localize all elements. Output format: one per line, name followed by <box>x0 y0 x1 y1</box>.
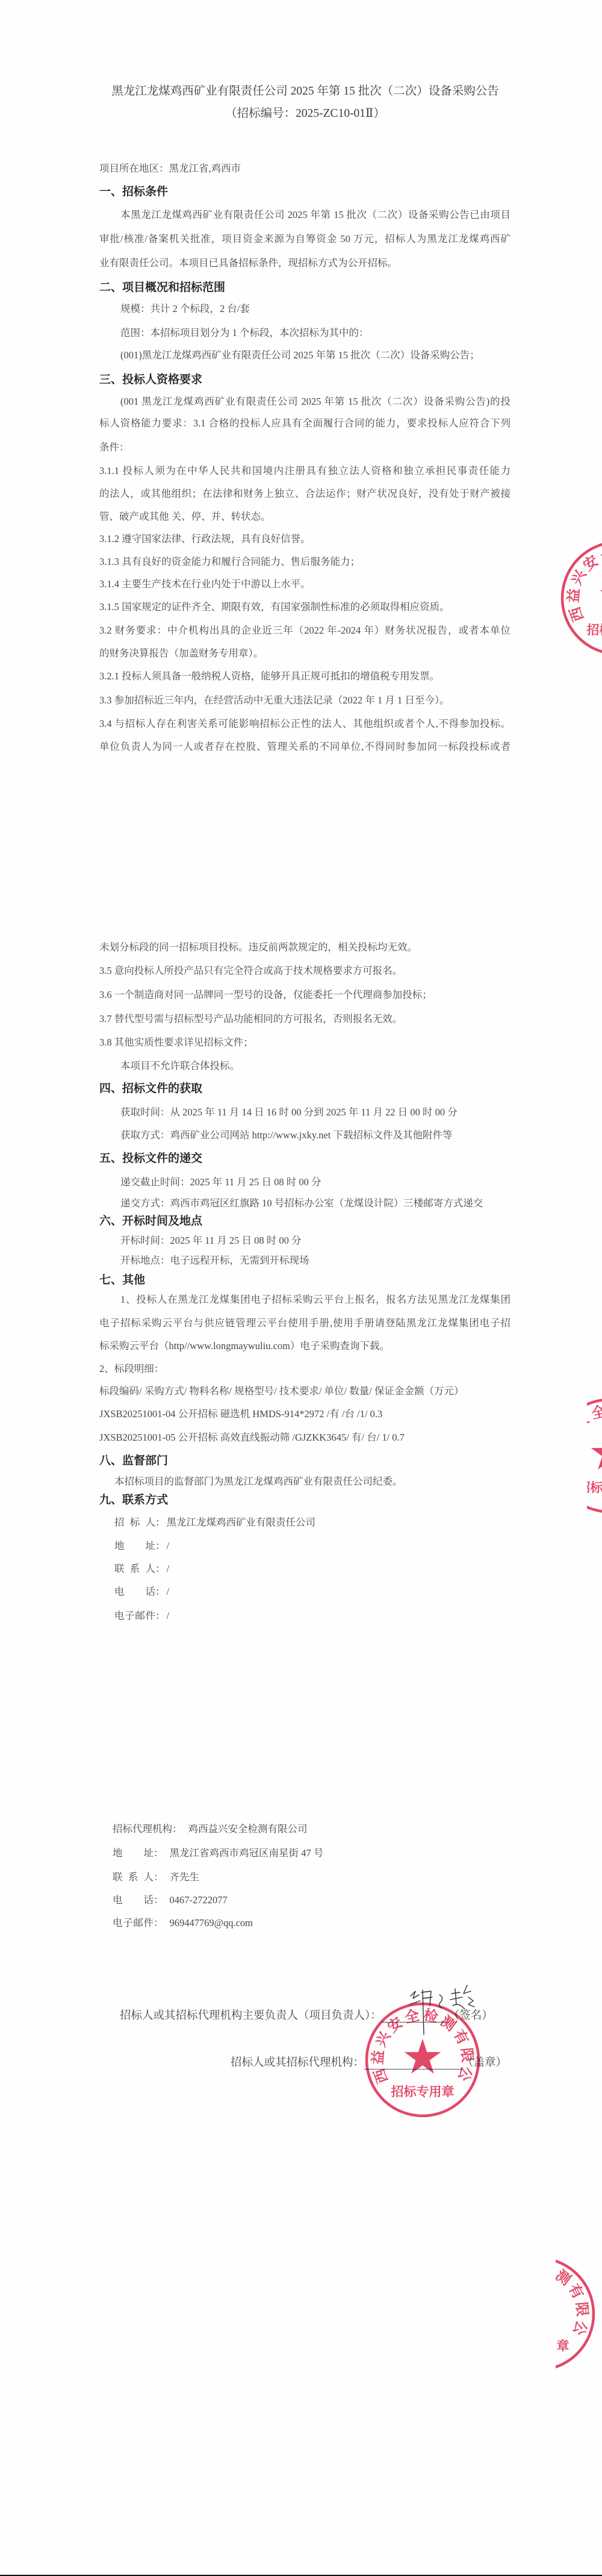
document-page: 黑龙江龙煤鸡西矿业有限责任公司 2025 年第 15 批次（二次）设备采购公告 … <box>0 0 602 2576</box>
contact-label: 地址 <box>113 1847 154 1860</box>
project-region: 项目所在地区：黑龙江省,鸡西市 <box>99 162 241 175</box>
paragraph-line: 审批/核准/备案机关批准，项目资金来源为自筹资金 50 万元，招标人为黑龙江龙煤… <box>99 232 510 246</box>
contact-colon: ： <box>155 1586 166 1597</box>
qualification-line: 3.1.3 具有良好的资金能力和履行合同能力、售后服务能力； <box>99 555 360 569</box>
lots-title: 2、标段明细： <box>99 1362 164 1376</box>
section-heading-obtain-documents: 四、招标文件的获取 <box>99 1082 202 1095</box>
seal-center-text: 招标专用章 <box>587 623 602 637</box>
star-icon <box>591 1435 602 1470</box>
contact-colon: ： <box>172 1823 182 1835</box>
lot-row: JXSB20251001-05 公开招标 高效直线振动筛 /GJZKK3645/… <box>99 1431 405 1444</box>
seal-center-text: 招标专用章 <box>556 2339 569 2353</box>
other-line: 电子招标采购云平台与供应链管理云平台使用手册,使用手册请登陆黑龙江龙煤集团电子招 <box>99 1317 510 1330</box>
qualification-line: 3.1.4 主要生产技术在行业内处于中游以上水平。 <box>99 578 311 591</box>
submission-deadline: 递交截止时间：2025 年 11 月 25 日 08 时 00 分 <box>120 1176 321 1189</box>
star-icon <box>405 2039 441 2074</box>
qualification-line: 标人资格能力要求：3.1 合格的投标人应具有全面履行合同的能力，要求投标人应符合… <box>99 417 510 430</box>
opening-place: 开标地点：电子远程开标，无需到开标现场 <box>120 1254 309 1267</box>
seal-label: 招标人或其招标代理机构： <box>231 2057 364 2069</box>
qualification-line: 3.1.1 投标人须为在中华人民共和国境内注册具有独立法人资格和独立承担民事责任… <box>99 464 510 478</box>
seal-ring-text: 鸡西益兴安全检测有限公司 <box>549 525 602 624</box>
qualification-line: 管、破产或其他 关、停、并、转状态。 <box>99 510 271 523</box>
principal-signature-label: 招标人或其招标代理机构主要负责人（项目负责人）： <box>120 2010 382 2022</box>
qualification-line: 3.5 意向投标人所投产品只有完全符合或高于技术规格要求方可报名。 <box>99 964 402 978</box>
star-icon <box>600 577 602 612</box>
contact-colon: ： <box>154 1917 164 1929</box>
agency-contact-row: 联系人：齐先生 <box>113 1871 199 1884</box>
paragraph-line: 本黑龙江龙煤鸡西矿业有限责任公司 2025 年第 15 批次（二次）设备采购公告… <box>120 208 510 222</box>
submission-method: 递交方式：鸡西市鸡冠区红旗路 10 号招标办公室（龙煤设计院）三楼邮寄方式递交 <box>120 1197 483 1210</box>
contact-colon: ： <box>154 1894 164 1906</box>
contact-value: 黑龙江省鸡西市鸡冠区南星街 47 号 <box>170 1847 324 1859</box>
qualification-line: 3.3 参加招标近三年内，在经营活动中无重大违法记录（2022 年 1 月 1 … <box>99 694 450 707</box>
contact-label: 电子邮件 <box>113 1916 154 1930</box>
document-title: 黑龙江龙煤鸡西矿业有限责任公司 2025 年第 15 批次（二次）设备采购公告 <box>0 85 602 98</box>
project-scale: 规模：共计 2 个标段，2 台/套 <box>120 302 250 316</box>
seam-seal-slice: 鸡西益兴安全检测有限公司 招标专用章 <box>587 1391 602 1518</box>
contact-colon: ： <box>155 1517 166 1528</box>
contact-value: / <box>167 1563 170 1574</box>
section-heading-bidding-conditions: 一、招标条件 <box>99 185 168 198</box>
contact-value: / <box>167 1540 170 1552</box>
seal-center-text: 招标专用章 <box>391 2085 455 2099</box>
qualification-line: 3.2 财务要求：中介机构出具的企业近三年（2022 年-2024 年）财务状况… <box>99 624 510 637</box>
qualification-line: 3.6 一个制造商对同一品牌同一型号的设备，仅能委托一个代理商参加投标； <box>99 988 432 1002</box>
contact-label: 招标代理机构 <box>113 1823 172 1835</box>
seam-seal-slice: 鸡西益兴安全检测有限公司 招标专用章 <box>558 538 602 658</box>
contact-value: 黑龙江龙煤鸡西矿业有限责任公司 <box>167 1517 316 1528</box>
project-lot: (001)黑龙江龙煤鸡西矿业有限责任公司 2025 年第 15 批次（二次）设备… <box>120 349 480 362</box>
contact-colon: ： <box>154 1871 164 1883</box>
other-line: 1、投标人在黑龙江龙煤集团电子招标采购云平台上报名，报名方法见黑龙江龙煤集团 <box>120 1293 510 1306</box>
lots-header-row: 标段编码/ 采购方式/ 物料名称/ 规格型号/ 技术要求/ 单位/ 数量/ 保证… <box>99 1385 464 1398</box>
tenderer-contact-row: 联系人：/ <box>114 1562 169 1576</box>
paragraph-line: 业有限责任公司。本项目已具备招标条件，现招标方式为公开招标。 <box>99 257 397 270</box>
seal-center-text: 招标专用章 <box>587 1480 602 1495</box>
qualification-line: 的财务决算报告（加盖财务专用章）。 <box>99 647 263 660</box>
contact-label: 地址 <box>114 1539 155 1553</box>
section-heading-supervision: 八、监督部门 <box>99 1454 168 1467</box>
opening-time: 开标时间：2025 年 11 月 25 日 08 时 00 分 <box>120 1234 302 1247</box>
other-line: 标采购云平台（http//www.longmaywuliu.com）电子采购查询… <box>99 1339 389 1353</box>
agency-contact-row: 电子邮件：969447769@qq.com <box>113 1916 253 1930</box>
contact-label: 招标人 <box>114 1516 155 1529</box>
section-heading-contact: 九、联系方式 <box>99 1493 168 1506</box>
project-scope: 范围：本招标项目划分为 1 个标段，本次招标为其中的： <box>120 326 369 340</box>
contact-colon: ： <box>155 1610 166 1621</box>
qualification-line: 单位负责人为同一人或者存在控股、管理关系的不同单位,不得同时参加同一标段投标或者 <box>99 740 510 753</box>
supervision-body: 本招标项目的监督部门为黑龙江龙煤鸡西矿业有限责任公司纪委。 <box>114 1475 403 1488</box>
tenderer-contact-row: 地址：/ <box>114 1539 169 1553</box>
seam-seal-slice: 鸡西益兴安全检测有限公司 招标专用章 <box>556 2253 602 2376</box>
tenderer-contact-row: 电话：/ <box>114 1585 169 1598</box>
contact-colon: ： <box>155 1540 166 1552</box>
contact-value: 鸡西益兴安全检测有限公司 <box>188 1823 308 1835</box>
seal-ring-text-path: 鸡西益兴安全检测有限公司 <box>549 525 602 624</box>
agency-contact-row: 地址：黑龙江省鸡西市鸡冠区南星街 47 号 <box>113 1847 323 1860</box>
qualification-line: 的法人，或其他组织；在法律和财务上独立、合法运作；财产状况良好，没有处于财产被接 <box>99 487 510 501</box>
agency-contact-row: 招标代理机构：鸡西益兴安全检测有限公司 <box>113 1823 308 1836</box>
contact-value: 969447769@qq.com <box>170 1917 253 1929</box>
obtain-time: 获取时间：从 2025 年 11 月 14 日 16 时 00 分到 2025 … <box>120 1106 458 1119</box>
qualification-line: 条件： <box>99 441 129 454</box>
bid-number: （招标编号：2025-ZC10-01Ⅱ） <box>0 107 602 120</box>
qualification-line: 3.1.5 国家规定的证件齐全、期限有效，有国家强制性标准的必须取得相应资质。 <box>99 600 450 614</box>
contact-label: 电话 <box>114 1585 155 1598</box>
seal-ring-text-path: 鸡西益兴安全检测有限公司 <box>587 1396 602 1482</box>
contact-value: 0467-2722077 <box>170 1894 228 1906</box>
contact-colon: ： <box>154 1847 164 1859</box>
contact-value: 齐先生 <box>170 1871 200 1883</box>
contact-label: 电话 <box>113 1894 154 1907</box>
consortium-note: 本项目不允许联合体投标。 <box>120 1059 240 1073</box>
seal-ring-text-path: 鸡西益兴安全检测有限公司 <box>556 2254 591 2340</box>
seal-ring-text: 鸡西益兴安全检测有限公司 <box>587 1396 602 1482</box>
qualification-line: 3.8 其他实质性要求详见招标文件； <box>99 1036 253 1049</box>
qualification-line: (001 黑龙江龙煤鸡西矿业有限责任公司 2025 年第 15 批次（二次）设备… <box>120 395 510 408</box>
section-heading-project-overview: 二、项目概况和招标范围 <box>99 281 225 294</box>
contact-label: 联系人 <box>114 1562 155 1576</box>
section-heading-bid-opening: 六、开标时间及地点 <box>99 1214 202 1227</box>
qualification-line: 3.7 替代型号需与招标型号产品功能相同的方可报名，否则报名无效。 <box>99 1012 402 1026</box>
contact-label: 联系人 <box>113 1871 154 1884</box>
lot-row: JXSB20251001-04 公开招标 磁选机 HMDS-914*2972 /… <box>99 1408 382 1421</box>
section-heading-other: 七、其他 <box>99 1273 145 1286</box>
section-heading-bidder-qualifications: 三、投标人资格要求 <box>99 373 202 386</box>
qualification-line: 3.4 与招标人存在利害关系可能影响招标公正性的法人、其他组织或者个人,不得参加… <box>99 717 510 731</box>
tenderer-contact-row: 电子邮件：/ <box>114 1609 169 1623</box>
seal-ring-text: 鸡西益兴安全检测有限公司 <box>556 2254 591 2340</box>
qualification-line: 3.1.2 遵守国家法律、行政法规，具有良好信誉。 <box>99 532 311 546</box>
obtain-method: 获取方式：鸡西矿业公司网站 http://www.jxky.net 下载招标文件… <box>120 1129 453 1142</box>
handwritten-signature <box>405 1984 483 2038</box>
contact-value: / <box>167 1586 170 1597</box>
seam-seal: 鸡西益兴安全检测有限公司 招标专用章 <box>587 1396 602 1516</box>
contact-colon: ： <box>155 1563 166 1574</box>
contact-label: 电子邮件 <box>114 1609 155 1623</box>
tenderer-contact-row: 招标人：黑龙江龙煤鸡西矿业有限责任公司 <box>114 1516 315 1529</box>
qualification-line: 3.2.1 投标人须具备一般纳税人资格，能够开具正规可抵扣的增值税专用发票。 <box>99 670 439 683</box>
seam-seal: 鸡西益兴安全检测有限公司 招标专用章 <box>556 2254 598 2374</box>
contact-value: / <box>167 1610 170 1621</box>
section-heading-submission: 五、投标文件的递交 <box>99 1152 202 1165</box>
qualification-line: 未划分标段的同一招标项目投标。违反前两款规定的，相关投标均无效。 <box>99 941 417 954</box>
agency-contact-row: 电话：0467-2722077 <box>113 1894 228 1907</box>
